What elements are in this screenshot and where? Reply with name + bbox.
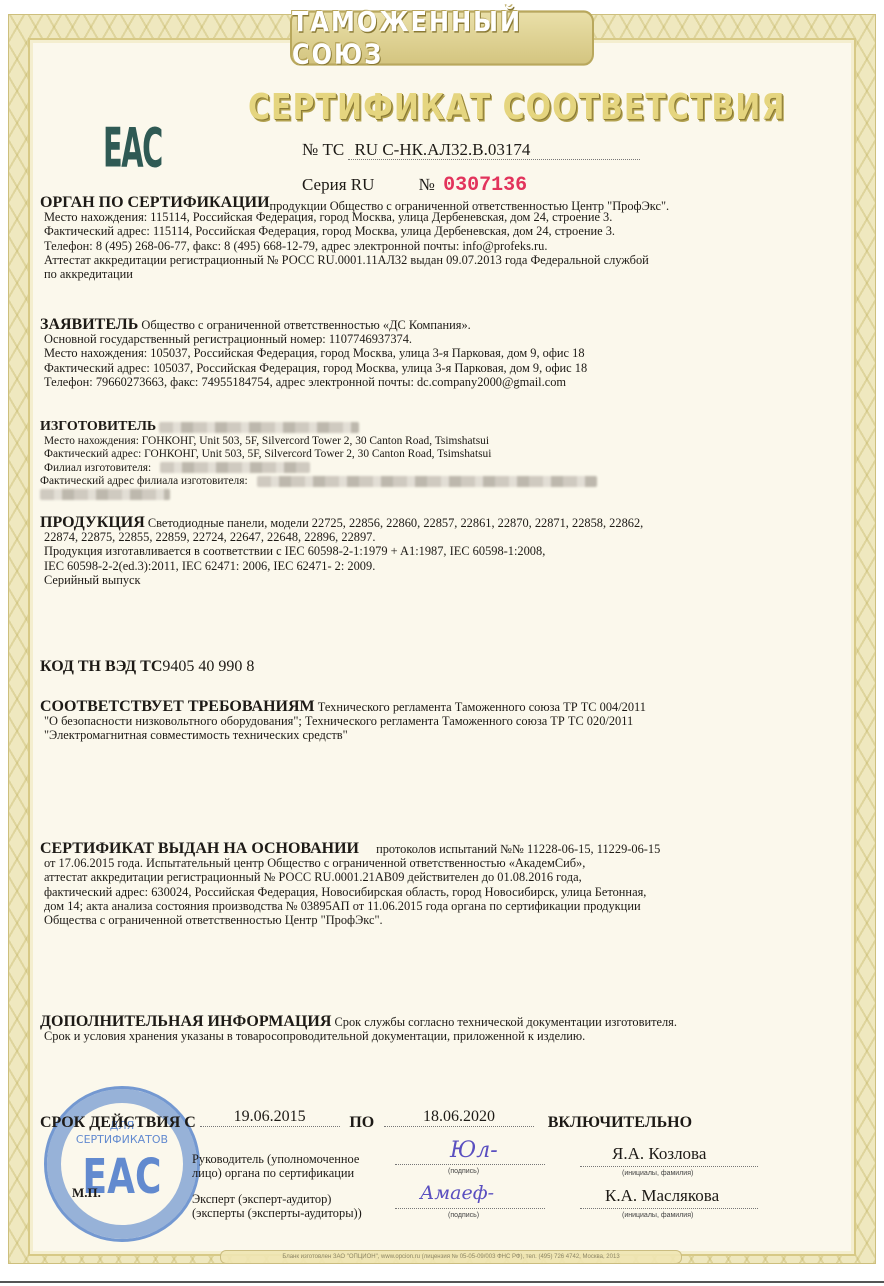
head-signatory-label: Руководитель (уполномоченное лицо) орган… bbox=[192, 1152, 359, 1180]
section-line: от 17.06.2015 года. Испытательный центр … bbox=[40, 856, 842, 870]
expert-signature-caption: (подпись) bbox=[448, 1212, 479, 1219]
section-line: Серийный выпуск bbox=[40, 573, 842, 587]
expert-name: К.А. Маслякова bbox=[605, 1186, 719, 1206]
section-first-line: Технического регламента Таможенного союз… bbox=[318, 700, 646, 714]
signature-block: ДЛЯ СЕРТИФИКАТОВ ЕАС М.П. СРОК ДЕЙСТВИЯ … bbox=[40, 1100, 842, 1245]
section-line: Основной государственный регистрационный… bbox=[40, 332, 842, 346]
redacted-manufacturer-name bbox=[159, 422, 359, 433]
expert-signature: Амаеф- bbox=[420, 1182, 494, 1204]
blank-manufacturer-footer: Бланк изготовлен ЗАО "ОПЦИОН", www.opcio… bbox=[220, 1250, 682, 1264]
head-name-caption: (инициалы, фамилия) bbox=[622, 1170, 693, 1177]
section-first-line: протоколов испытаний №№ 11228-06-15, 112… bbox=[376, 842, 660, 856]
series-row: Серия RU № 0307136 bbox=[302, 174, 527, 197]
section-line: аттестат аккредитации регистрационный № … bbox=[40, 870, 842, 884]
section-line: Общества с ограниченной ответственностью… bbox=[40, 913, 842, 927]
section-line: Место нахождения: ГОНКОНГ, Unit 503, 5F,… bbox=[40, 435, 842, 449]
section-line: Фактический адрес: 105037, Российская Фе… bbox=[40, 361, 842, 375]
section-tn-ved: КОД ТН ВЭД ТС9405 40 990 8 bbox=[40, 660, 842, 674]
seal-stamp-icon: ДЛЯ СЕРТИФИКАТОВ ЕАС bbox=[44, 1086, 200, 1242]
head-signature: Юл- bbox=[450, 1138, 498, 1163]
section-applicant: ЗАЯВИТЕЛЬ Общество с ограниченной ответс… bbox=[40, 318, 842, 389]
serial-number: 0307136 bbox=[443, 174, 527, 197]
section-line: 22874, 22875, 22855, 22859, 22724, 22647… bbox=[40, 530, 842, 544]
head-name-line bbox=[580, 1166, 758, 1167]
section-heading: ЗАЯВИТЕЛЬ bbox=[40, 316, 138, 333]
section-heading: ДОПОЛНИТЕЛЬНАЯ ИНФОРМАЦИЯ bbox=[40, 1013, 331, 1030]
section-line: IEC 60598-2-2(ed.3):2011, IEC 62471: 200… bbox=[40, 559, 842, 573]
validity-period: СРОК ДЕЙСТВИЯ С 19.06.2015 ПО 18.06.2020… bbox=[40, 1114, 692, 1133]
eac-logo-icon: ЕАС bbox=[103, 118, 162, 180]
section-first-line: Общество с ограниченной ответственностью… bbox=[141, 318, 470, 332]
expert-name-line bbox=[580, 1208, 758, 1209]
section-first-line: Срок службы согласно технической докумен… bbox=[335, 1015, 677, 1029]
section-basis: СЕРТИФИКАТ ВЫДАН НА ОСНОВАНИИ протоколов… bbox=[40, 842, 842, 927]
section-line: Телефон: 8 (495) 268-06-77, факс: 8 (495… bbox=[40, 239, 842, 253]
head-signatory-name: Я.А. Козлова bbox=[612, 1144, 706, 1164]
section-line: Фактический адрес: ГОНКОНГ, Unit 503, 5F… bbox=[40, 448, 842, 462]
tn-ved-code: 9405 40 990 8 bbox=[162, 658, 254, 675]
customs-union-banner: ТАМОЖЕННЫЙ СОЮЗ bbox=[290, 10, 594, 65]
section-line: по аккредитации bbox=[40, 267, 842, 281]
section-heading: ИЗГОТОВИТЕЛЬ bbox=[40, 419, 156, 434]
section-heading: КОД ТН ВЭД ТС bbox=[40, 658, 162, 675]
redacted-branch bbox=[160, 462, 310, 473]
section-line: Продукция изготавливается в соответствии… bbox=[40, 544, 842, 558]
number-value: RU С-НК.АЛ32.В.03174 bbox=[348, 140, 640, 160]
certificate-title: СЕРТИФИКАТ СООТВЕТСТВИЯ bbox=[248, 87, 785, 129]
seal-label: М.П. bbox=[72, 1185, 101, 1201]
section-heading: ОРГАН ПО СЕРТИФИКАЦИИ bbox=[40, 194, 270, 211]
section-line: "О безопасности низковольтного оборудова… bbox=[40, 714, 842, 728]
series-value: RU bbox=[351, 175, 375, 194]
section-certification-body: ОРГАН ПО СЕРТИФИКАЦИИпродукции Общество … bbox=[40, 196, 842, 281]
certificate-number: № ТС RU С-НК.АЛ32.В.03174 bbox=[302, 140, 640, 160]
section-product: ПРОДУКЦИЯ Светодиодные панели, модели 22… bbox=[40, 516, 842, 587]
serial-label: № bbox=[419, 175, 435, 194]
validity-from-label: СРОК ДЕЙСТВИЯ С bbox=[40, 1114, 196, 1131]
section-line: Аттестат аккредитации регистрационный № … bbox=[40, 253, 842, 267]
section-line: дом 14; акта анализа состояния производс… bbox=[40, 899, 842, 913]
head-signature-caption: (подпись) bbox=[448, 1168, 479, 1175]
validity-from-date: 19.06.2015 bbox=[200, 1108, 340, 1127]
section-line: Фактический адрес: 115114, Российская Фе… bbox=[40, 224, 842, 238]
expert-signature-line bbox=[395, 1208, 545, 1209]
section-line: Место нахождения: 105037, Российская Фед… bbox=[40, 346, 842, 360]
validity-to-date: 18.06.2020 bbox=[384, 1108, 534, 1127]
section-additional-info: ДОПОЛНИТЕЛЬНАЯ ИНФОРМАЦИЯ Срок службы со… bbox=[40, 1015, 842, 1043]
section-line: фактический адрес: 630024, Российская Фе… bbox=[40, 885, 842, 899]
expert-name-caption: (инициалы, фамилия) bbox=[622, 1212, 693, 1219]
branch-address-label: Фактический адрес филиала изготовителя: bbox=[40, 475, 248, 487]
section-heading: СООТВЕТСТВУЕТ ТРЕБОВАНИЯМ bbox=[40, 698, 315, 715]
validity-to-label: ПО bbox=[349, 1114, 374, 1131]
head-signature-line bbox=[395, 1164, 545, 1165]
redacted-branch-address bbox=[257, 476, 597, 487]
expert-label: Эксперт (эксперт-аудитор) (эксперты (экс… bbox=[192, 1192, 362, 1220]
section-heading: СЕРТИФИКАТ ВЫДАН НА ОСНОВАНИИ bbox=[40, 840, 359, 857]
section-requirements: СООТВЕТСТВУЕТ ТРЕБОВАНИЯМ Технического р… bbox=[40, 700, 842, 743]
section-line: "Электромагнитная совместимость техничес… bbox=[40, 728, 842, 742]
section-line: Срок и условия хранения указаны в товаро… bbox=[40, 1029, 842, 1043]
branch-label: Филиал изготовителя: bbox=[44, 462, 151, 474]
branch-address-row: Фактический адрес филиала изготовителя: bbox=[40, 475, 842, 489]
section-heading: ПРОДУКЦИЯ bbox=[40, 514, 145, 531]
bottom-divider bbox=[0, 1281, 884, 1283]
section-first-line: продукции Общество с ограниченной ответс… bbox=[270, 199, 670, 213]
branch-row: Филиал изготовителя: bbox=[40, 462, 842, 476]
section-manufacturer: ИЗГОТОВИТЕЛЬ Место нахождения: ГОНКОНГ, … bbox=[40, 420, 842, 502]
number-label: № ТС bbox=[302, 140, 344, 159]
series-label: Серия bbox=[302, 175, 347, 194]
section-first-line: Светодиодные панели, модели 22725, 22856… bbox=[148, 516, 643, 530]
validity-inclusive-label: ВКЛЮЧИТЕЛЬНО bbox=[548, 1114, 692, 1131]
section-line: Телефон: 79660273663, факс: 74955184754,… bbox=[40, 375, 842, 389]
redacted-branch-address-cont bbox=[40, 489, 170, 500]
